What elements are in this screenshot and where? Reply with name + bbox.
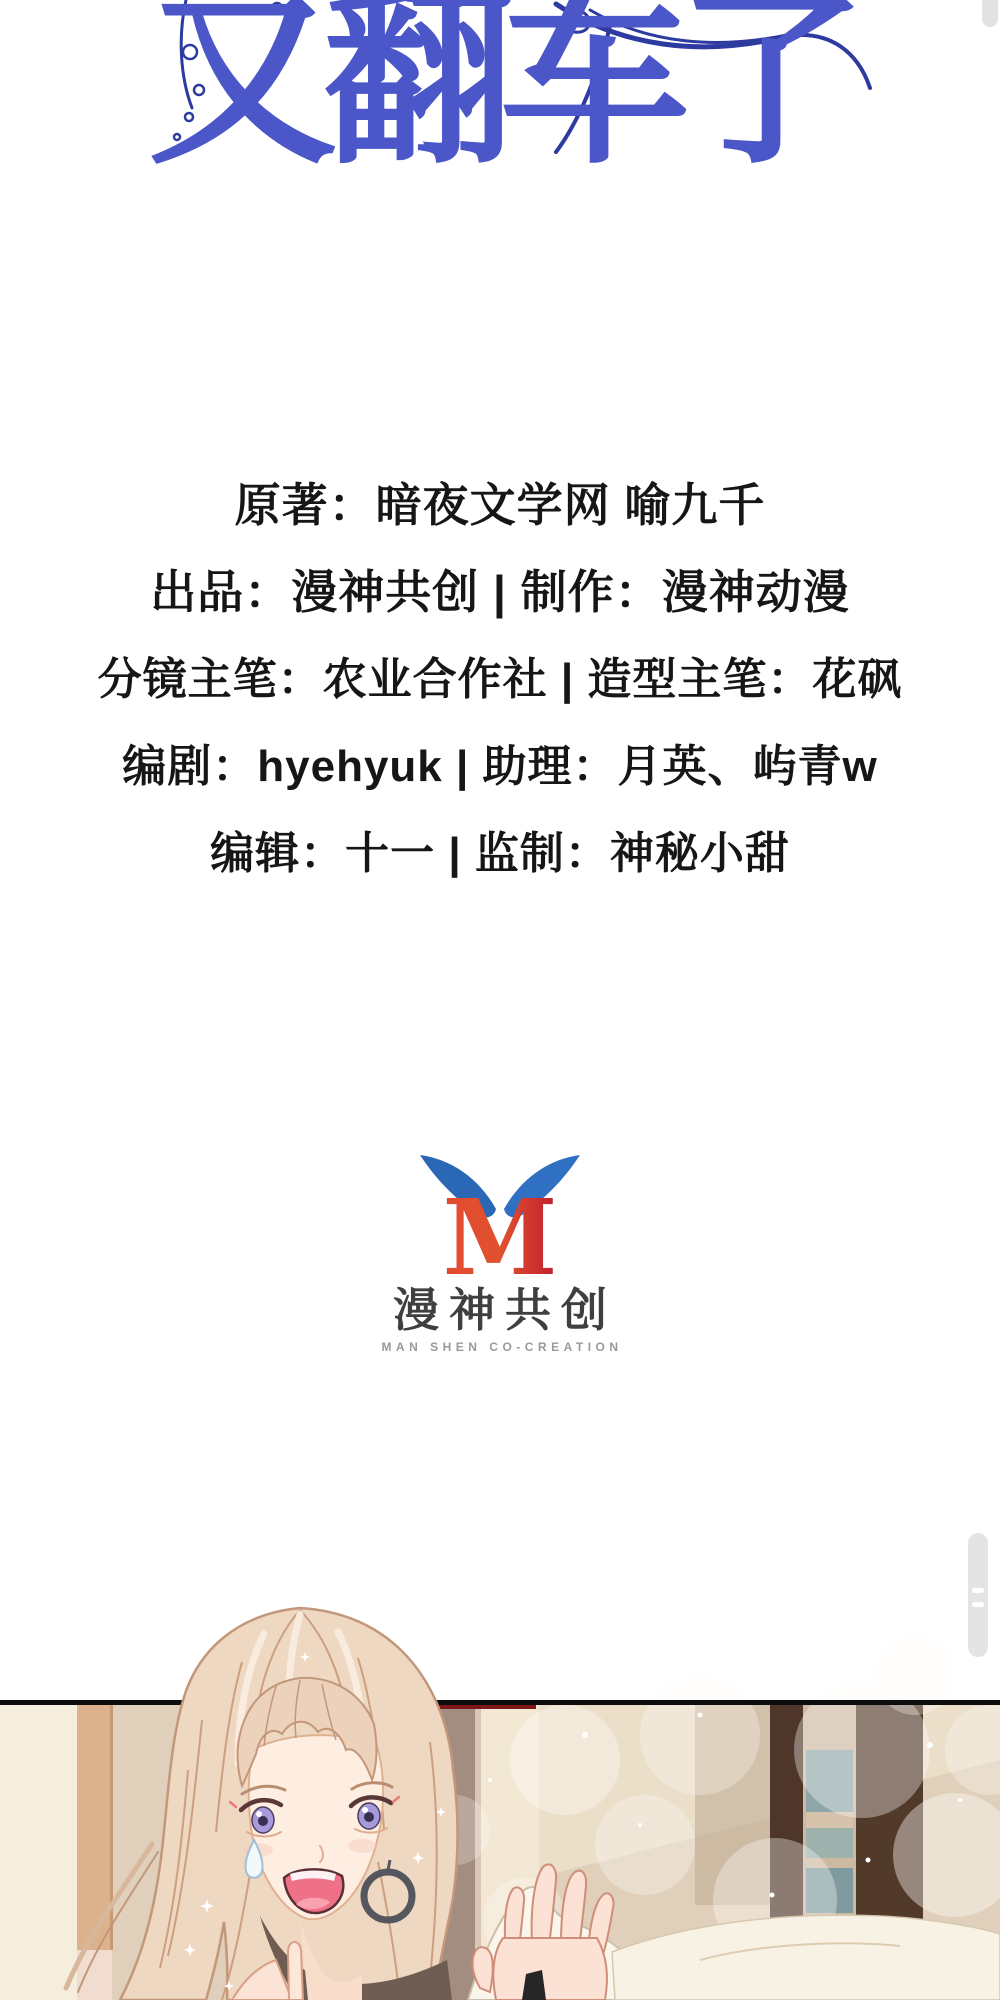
scrollbar-fragment-top[interactable] [982,0,998,27]
hand-at-chin [288,1942,303,2000]
title-section: 又翻车了 [0,0,1000,248]
credits-block: 原著：暗夜文学网 喻九千 出品：漫神共创 | 制作：漫神动漫 分镜主笔：农业合作… [0,462,1000,897]
scrollbar-grip-line [972,1588,984,1593]
credit-line-producer: 出品：漫神共创 | 制作：漫神动漫 [0,549,1000,636]
logo-name-cn: 漫神共创 [0,1285,1000,1336]
page-title: 又翻车了 [0,0,1000,189]
comic-panel [0,1600,1000,2000]
logo-name-en: MAN SHEN CO-CREATION [0,1340,1000,1354]
manshen-logo-icon: M [404,1155,596,1279]
logo-monogram: M [442,1176,557,1279]
credit-line-original-author: 原著：暗夜文学网 喻九千 [0,462,1000,549]
credit-line-editor: 编辑：十一 | 监制：神秘小甜 [0,810,1000,897]
credit-line-writer: 编剧：hyehyuk | 助理：月英、屿青w [0,723,1000,810]
publisher-logo: M 漫神共创 MAN SHEN CO-CREATION [0,1155,1000,1354]
credit-line-storyboard: 分镜主笔：农业合作社 | 造型主笔：花砜 [0,636,1000,723]
panel-red-accent [428,1705,536,1709]
scrollbar-thumb[interactable] [968,1533,988,1657]
scrollbar-grip-line [972,1602,984,1607]
comic-panel-illustration [0,1600,1000,2000]
panel-border [0,1700,1000,1705]
